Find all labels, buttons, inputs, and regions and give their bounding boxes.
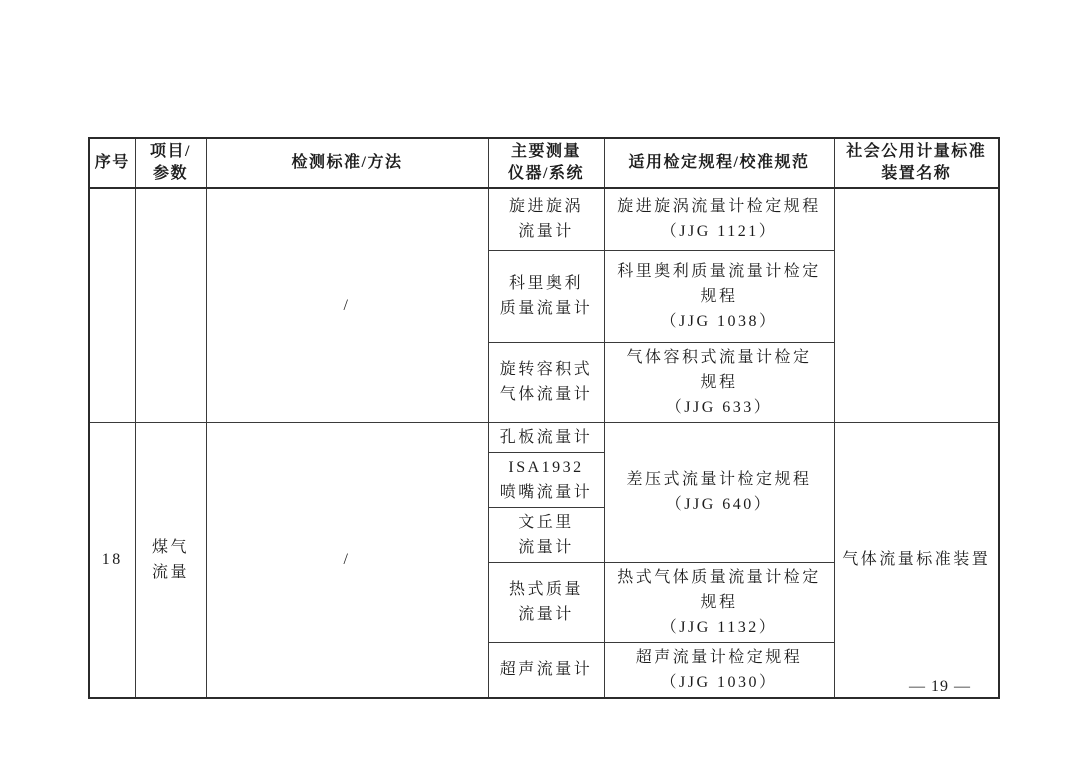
- cell-regulation: 旋进旋涡流量计检定规程 （JJG 1121）: [604, 188, 834, 250]
- cell-regulation: 热式气体质量流量计检定 规程 （JJG 1132）: [604, 562, 834, 642]
- cell-device-upper: [834, 188, 999, 422]
- calibration-standards-table: 序号 项目/ 参数 检测标准/方法 主要测量 仪器/系统 适用检定规程/校准规范…: [88, 137, 1000, 699]
- cell-regulation: 差压式流量计检定规程 （JJG 640）: [604, 422, 834, 562]
- cell-seq-18: 18: [89, 422, 135, 698]
- document-page: 序号 项目/ 参数 检测标准/方法 主要测量 仪器/系统 适用检定规程/校准规范…: [0, 0, 1080, 780]
- cell-instrument: 旋进旋涡 流量计: [488, 188, 604, 250]
- header-seq: 序号: [89, 138, 135, 188]
- header-instrument: 主要测量 仪器/系统: [488, 138, 604, 188]
- header-method: 检测标准/方法: [206, 138, 488, 188]
- header-param: 项目/ 参数: [135, 138, 206, 188]
- cell-method-upper: /: [206, 188, 488, 422]
- table-row: / 旋进旋涡 流量计 旋进旋涡流量计检定规程 （JJG 1121）: [89, 188, 999, 250]
- page-number: — 19 —: [895, 678, 985, 696]
- header-device: 社会公用计量标准 装置名称: [834, 138, 999, 188]
- cell-param-18: 煤气 流量: [135, 422, 206, 698]
- cell-instrument: 超声流量计: [488, 642, 604, 698]
- table-header-row: 序号 项目/ 参数 检测标准/方法 主要测量 仪器/系统 适用检定规程/校准规范…: [89, 138, 999, 188]
- header-regulation: 适用检定规程/校准规范: [604, 138, 834, 188]
- cell-method-18: /: [206, 422, 488, 698]
- cell-instrument: 热式质量 流量计: [488, 562, 604, 642]
- cell-param-upper: [135, 188, 206, 422]
- cell-device-18: 气体流量标准装置: [834, 422, 999, 698]
- cell-instrument: ISA1932 喷嘴流量计: [488, 452, 604, 507]
- cell-regulation: 科里奥利质量流量计检定 规程 （JJG 1038）: [604, 250, 834, 342]
- cell-seq-upper: [89, 188, 135, 422]
- cell-instrument: 旋转容积式 气体流量计: [488, 342, 604, 422]
- cell-regulation: 超声流量计检定规程 （JJG 1030）: [604, 642, 834, 698]
- cell-instrument: 文丘里 流量计: [488, 507, 604, 562]
- cell-instrument: 科里奥利 质量流量计: [488, 250, 604, 342]
- cell-instrument: 孔板流量计: [488, 422, 604, 452]
- table-row: 18 煤气 流量 / 孔板流量计 差压式流量计检定规程 （JJG 640） 气体…: [89, 422, 999, 452]
- cell-regulation: 气体容积式流量计检定 规程 （JJG 633）: [604, 342, 834, 422]
